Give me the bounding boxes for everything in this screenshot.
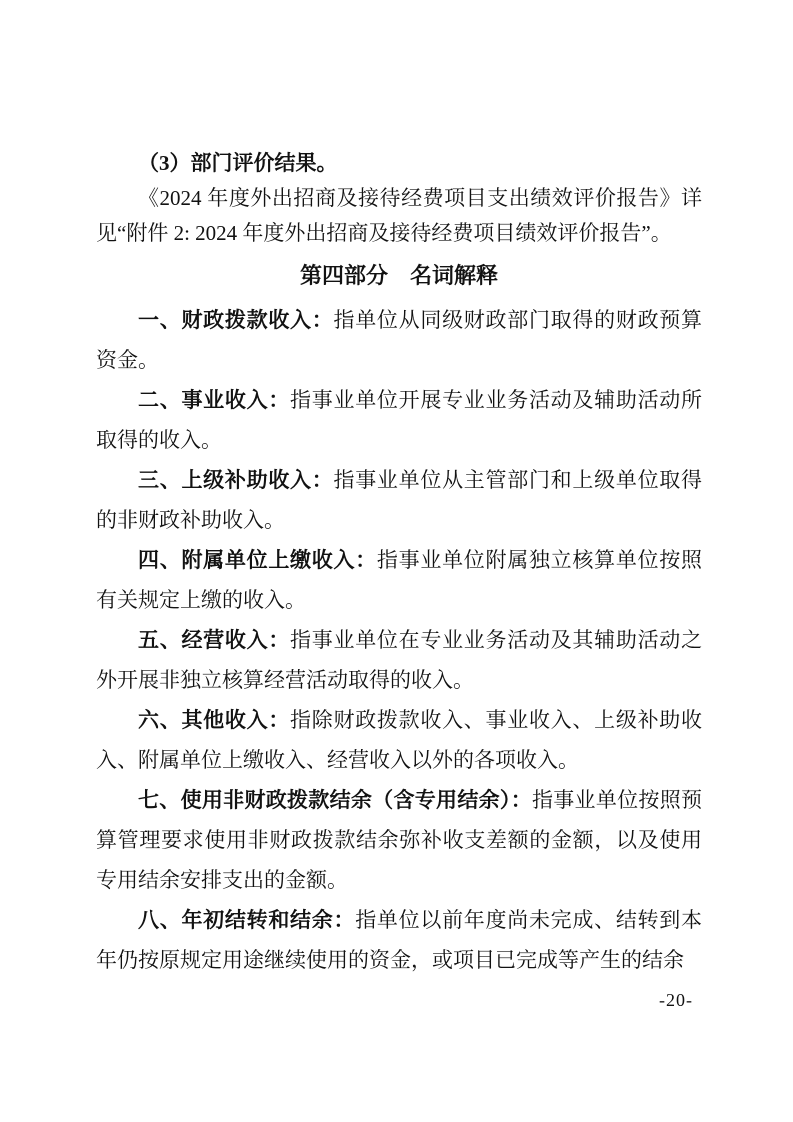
term-paragraph: 三、上级补助收入：指事业单位从主管部门和上级单位取得的非财政补助收入。 <box>96 460 702 540</box>
term-paragraph: 六、其他收入：指除财政拨款收入、事业收入、上级补助收入、附属单位上缴收入、经营收… <box>96 700 702 780</box>
term-label: 五、经营收入： <box>138 628 290 652</box>
term-label: 六、其他收入： <box>138 708 290 732</box>
term-label: 一、财政拨款收入： <box>138 308 333 332</box>
term-label: 三、上级补助收入： <box>138 468 333 492</box>
part-four-title: 第四部分 名词解释 <box>96 261 702 291</box>
term-label: 二、事业收入： <box>138 388 290 412</box>
section-result-heading: （3）部门评价结果。 <box>96 146 702 181</box>
term-paragraph: 二、事业收入：指事业单位开展专业业务活动及辅助活动所取得的收入。 <box>96 380 702 460</box>
term-paragraph: 八、年初结转和结余：指单位以前年度尚未完成、结转到本年仍按原规定用途继续使用的资… <box>96 900 702 980</box>
term-label: 四、附属单位上缴收入： <box>138 548 377 572</box>
document-content: （3）部门评价结果。 《2024 年度外出招商及接待经费项目支出绩效评价报告》详… <box>96 146 702 980</box>
term-paragraph: 七、使用非财政拨款结余（含专用结余）：指事业单位按照预算管理要求使用非财政拨款结… <box>96 780 702 900</box>
term-paragraph: 五、经营收入：指事业单位在专业业务活动及其辅助活动之外开展非独立核算经营活动取得… <box>96 620 702 700</box>
term-paragraph: 一、财政拨款收入：指单位从同级财政部门取得的财政预算资金。 <box>96 300 702 380</box>
term-paragraph: 四、附属单位上缴收入：指事业单位附属独立核算单位按照有关规定上缴的收入。 <box>96 540 702 620</box>
document-page: （3）部门评价结果。 《2024 年度外出招商及接待经费项目支出绩效评价报告》详… <box>0 0 793 1122</box>
page-number: -20- <box>659 990 693 1011</box>
term-label: 七、使用非财政拨款结余（含专用结余）： <box>138 788 532 812</box>
report-reference-paragraph: 《2024 年度外出招商及接待经费项目支出绩效评价报告》详见“附件 2: 202… <box>96 181 702 251</box>
terms-list: 一、财政拨款收入：指单位从同级财政部门取得的财政预算资金。 二、事业收入：指事业… <box>96 300 702 980</box>
term-label: 八、年初结转和结余： <box>138 908 355 932</box>
